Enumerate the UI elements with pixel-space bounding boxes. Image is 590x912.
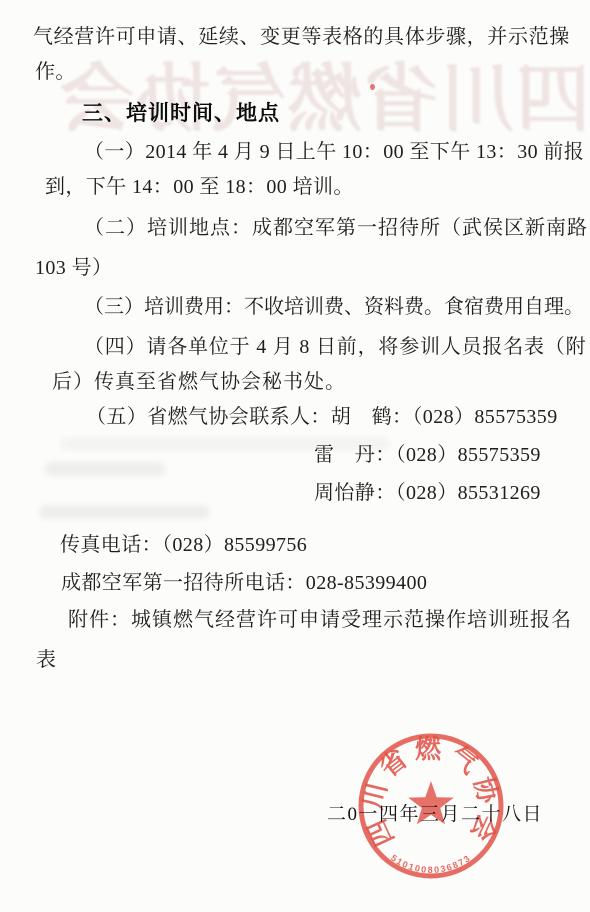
section-heading: 三、培训时间、地点 (82, 102, 280, 125)
attachment-line-wrap: 表 (36, 649, 56, 672)
body-line: 103 号） (35, 257, 112, 280)
body-line: 作。 (35, 61, 76, 84)
body-line: （四）请各单位于 4 月 8 日前，将参训人员报名表（附 (84, 336, 586, 359)
scan-smudge (40, 505, 210, 519)
hotel-phone-line: 成都空军第一招待所电话：028-85399400 (61, 572, 427, 595)
attachment-line: 附件：城镇燃气经营许可申请受理示范操作培训班报名 (68, 609, 572, 632)
scan-smudge (45, 462, 165, 476)
body-line: 气经营许可申请、延续、变更等表格的具体步骤，并示范操 (33, 26, 570, 49)
scanned-document-page: 四川省燃气协会 气经营许可申请、延续、变更等表格的具体步骤，并示范操 作。 三、… (0, 0, 590, 912)
body-line: （二）培训地点：成都空军第一招待所（武侯区新南路 (84, 217, 588, 240)
fax-line: 传真电话：（028）85599756 (60, 534, 307, 557)
red-ink-speck (370, 84, 375, 90)
body-line: 到，下午 14：00 至 18：00 培训。 (45, 176, 354, 199)
bleed-through-title: 四川省燃气协会 (58, 50, 590, 150)
contact-line: 周怡静：（028）85531269 (314, 482, 541, 505)
date-line: 二0一四年三月二十八日 (327, 799, 543, 826)
body-line: （三）培训费用：不收培训费、资料费。食宿费用自理。 (84, 296, 584, 319)
contact-line: 雷 丹：（028）85575359 (314, 444, 541, 467)
body-line: 后）传真至省燃气协会秘书处。 (52, 371, 346, 394)
body-line: （一）2014 年 4 月 9 日上午 10：00 至下午 13：30 前报 (84, 141, 584, 164)
contact-line: （五）省燃气协会联系人：胡 鹤：（028）85575359 (86, 406, 558, 429)
